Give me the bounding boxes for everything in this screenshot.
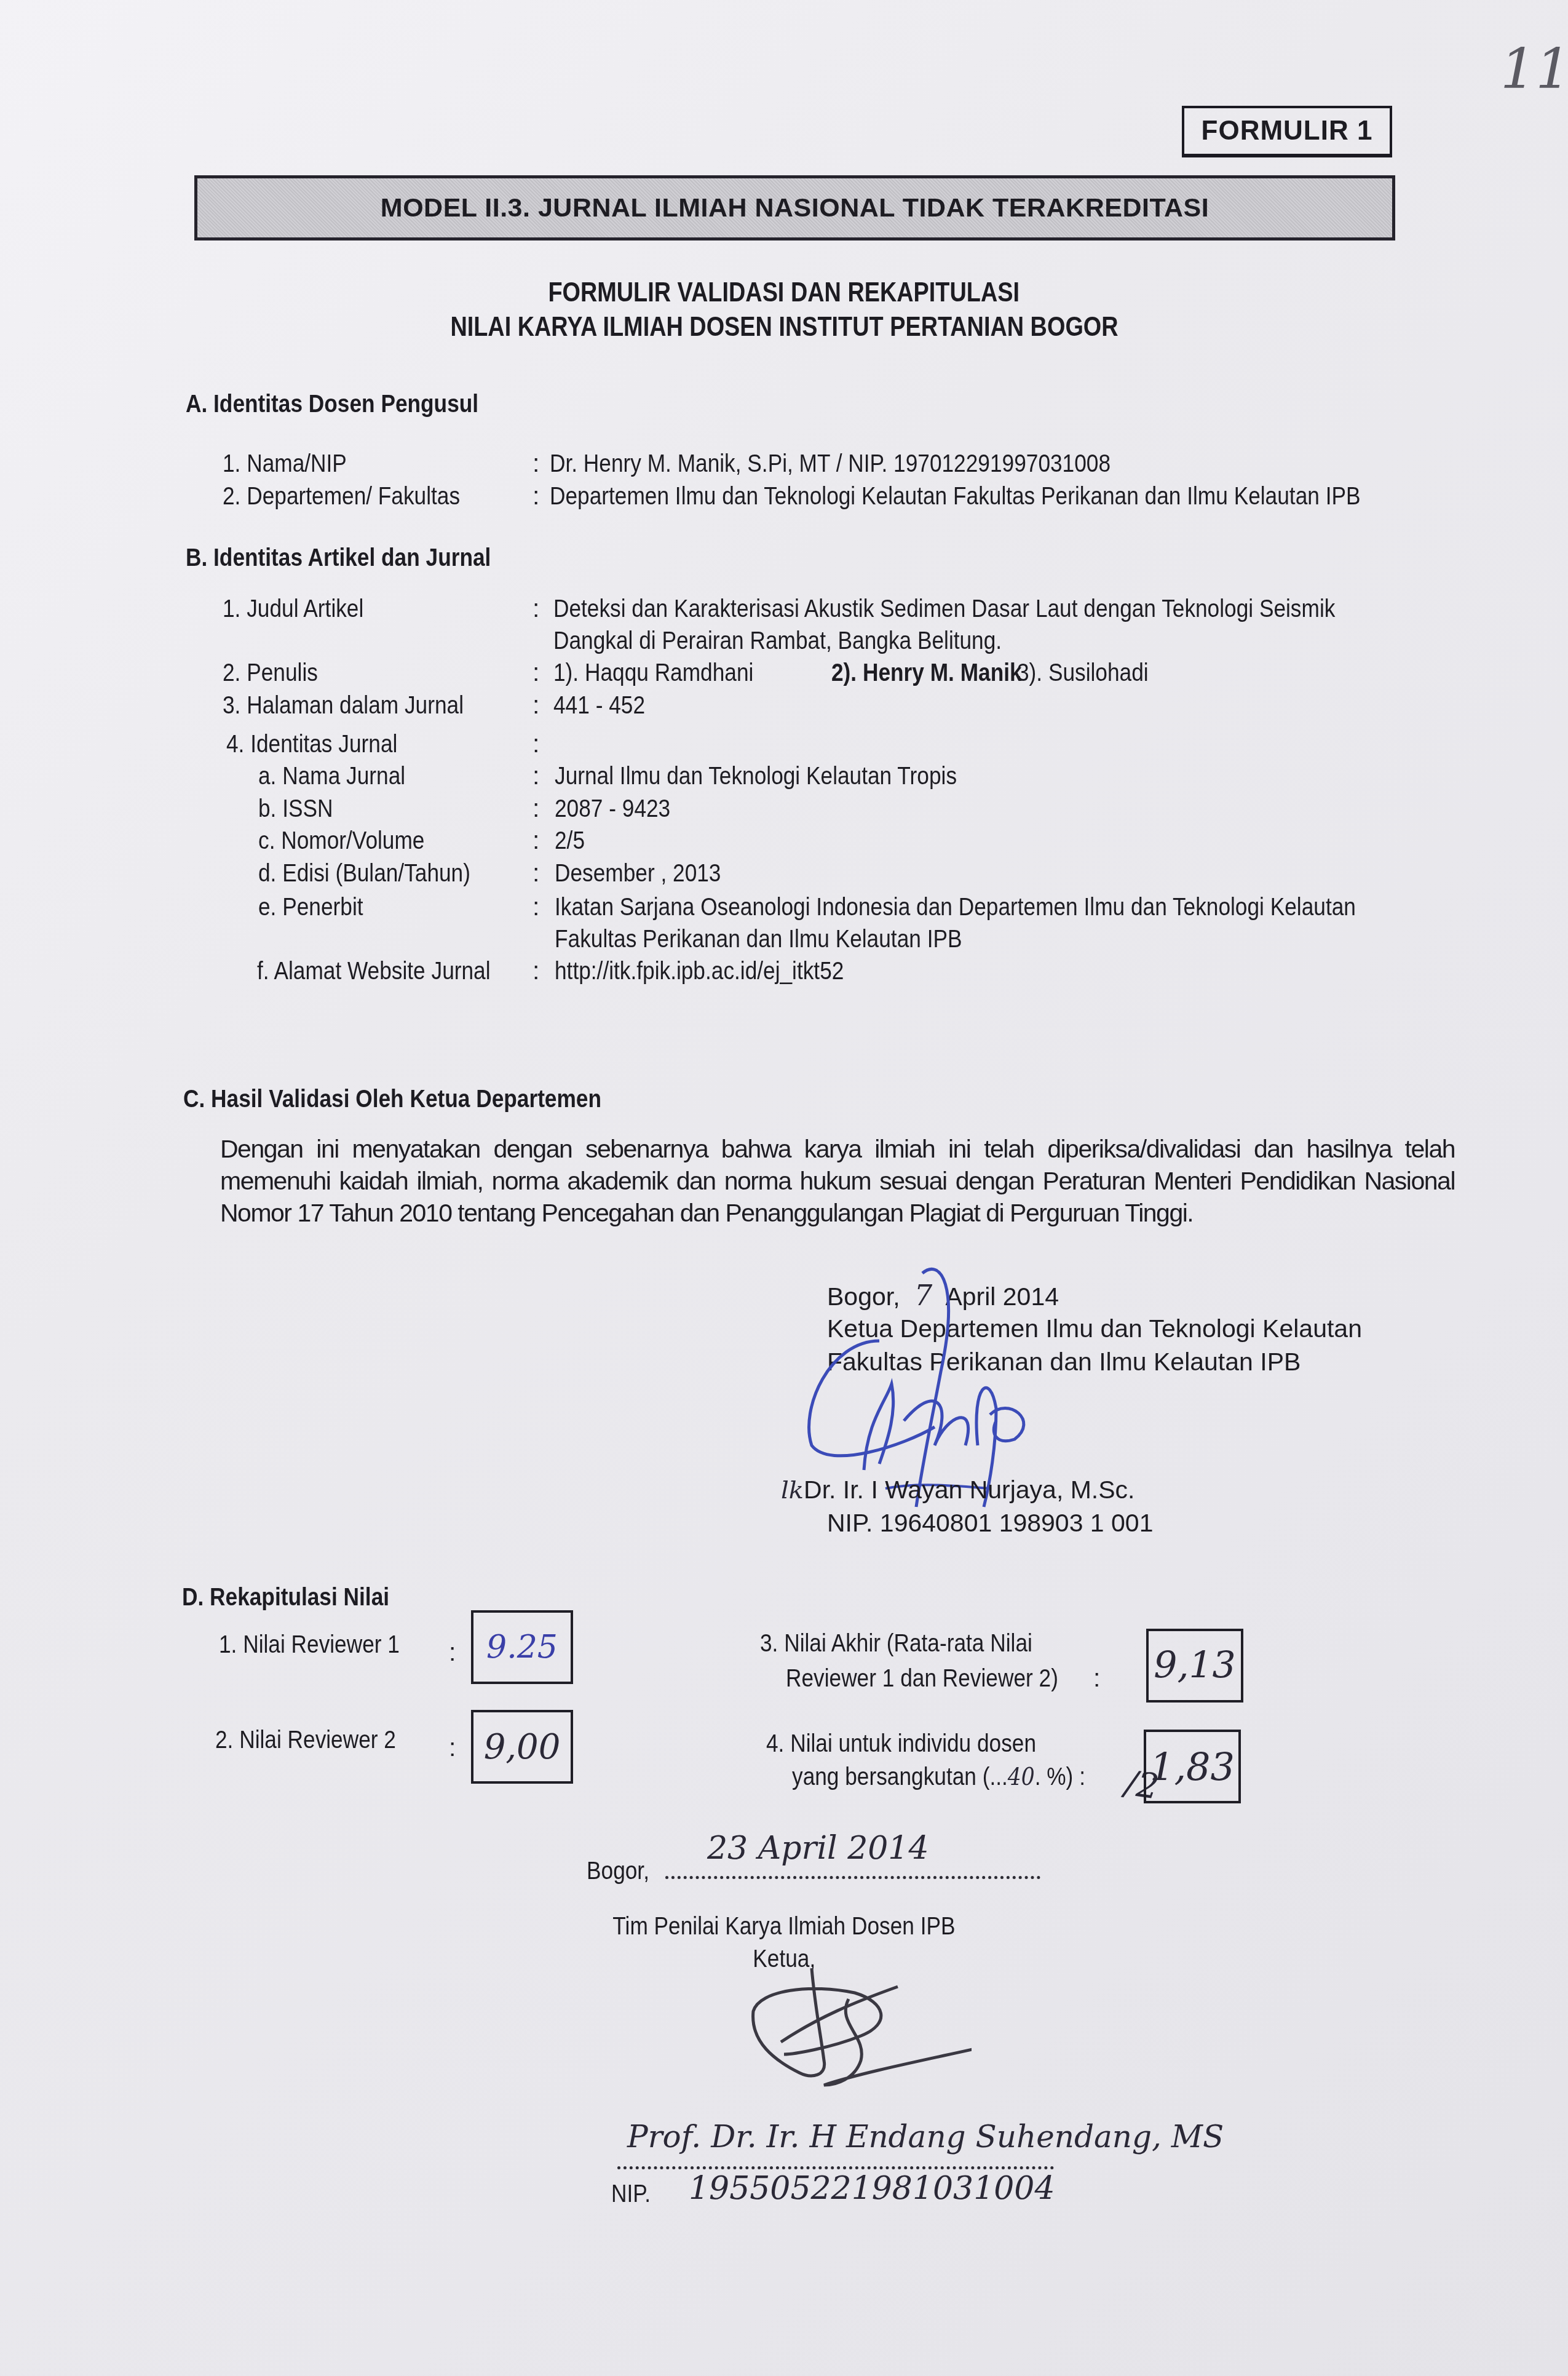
edisi-value: Desember , 2013 — [555, 857, 748, 889]
colon: : — [449, 1636, 456, 1668]
section-b-heading: B. Identitas Artikel dan Jurnal — [186, 541, 540, 573]
judul-value-line1: Deteksi dan Karakterisasi Akustik Sedime… — [553, 592, 1462, 624]
formulir-label: FORMULIR 1 — [1182, 106, 1392, 157]
position-line2: Fakultas Perikanan dan Ilmu Kelautan IPB — [827, 1346, 1301, 1378]
colon: : — [533, 447, 539, 479]
nama-nip-value: Dr. Henry M. Manik, S.Pi, MT / NIP. 1970… — [550, 447, 1202, 479]
reviewer2-label: 2. Nilai Reviewer 2 — [215, 1723, 426, 1755]
author-1: 1). Haqqu Ramdhani — [553, 656, 786, 688]
penerbit-value-line2: Fakultas Perikanan dan Ilmu Kelautan IPB — [555, 923, 1028, 955]
colon: : — [533, 592, 539, 624]
penerbit-value-line1: Ikatan Sarjana Oseanologi Indonesia dan … — [555, 891, 1486, 923]
nilai-akhir-label-line2: Reviewer 1 dan Reviewer 2) — [786, 1662, 1103, 1694]
journal-website-link[interactable]: http://itk.fpik.ipb.ac.id/ej_itkt52 — [555, 955, 891, 987]
paragraph-line: Nomor 17 Tahun 2010 tentang Pencegahan d… — [220, 1197, 1455, 1229]
colon: : — [533, 656, 539, 688]
nilai-individu-label-line1: 4. Nilai untuk individu dosen — [766, 1727, 1080, 1759]
nomor-volume-value: 2/5 — [555, 824, 590, 856]
nilai-individu-label-line2: yang bersangkutan (...40. %) : — [792, 1760, 1133, 1793]
position-line1: Ketua Departemen Ilmu dan Teknologi Kela… — [827, 1313, 1362, 1345]
signer-nip: NIP. 19640801 198903 1 001 — [827, 1507, 1153, 1539]
colon: : — [533, 955, 539, 987]
handwritten-footer-date: 23 April 2014 — [707, 1830, 929, 1867]
reviewer1-label: 1. Nilai Reviewer 1 — [219, 1628, 429, 1660]
model-title: MODEL II.3. JURNAL ILMIAH NASIONAL TIDAK… — [381, 193, 1209, 223]
issn-label: b. ISSN — [258, 792, 345, 824]
colon: : — [533, 689, 539, 721]
judul-label: 1. Judul Artikel — [223, 592, 387, 624]
nama-jurnal-label: a. Nama Jurnal — [258, 760, 429, 792]
date-dotted-line — [665, 1876, 1040, 1879]
nilai-individu-value: 1,83 — [1150, 1744, 1235, 1789]
initials-mark: lk — [781, 1476, 804, 1504]
paragraph-line: memenuhi kaidah ilmiah, norma akademik d… — [220, 1165, 1455, 1197]
nilai-akhir-box[interactable]: 9,13 — [1146, 1629, 1243, 1703]
departemen-value: Departemen Ilmu dan Teknologi Kelautan F… — [550, 480, 1492, 512]
identitas-jurnal-label: 4. Identitas Jurnal — [226, 728, 426, 760]
signer-name: lkDr. Ir. I Wayan Nurjaya, M.Sc. — [781, 1474, 1134, 1506]
colon: : — [449, 1731, 456, 1763]
colon: : — [533, 824, 539, 856]
section-d-heading: D. Rekapitulasi Nilai — [182, 1581, 423, 1613]
halaman-label: 3. Halaman dalam Jurnal — [223, 689, 503, 721]
nilai-individu-box[interactable]: 1,83 — [1144, 1730, 1241, 1803]
reviewer1-score: 9.25 — [486, 1629, 558, 1666]
colon: : — [533, 728, 539, 760]
colon: : — [533, 857, 539, 889]
page-number-mark: 11 — [1500, 37, 1568, 101]
colon: : — [533, 792, 539, 824]
section-a-heading: A. Identitas Dosen Pengusul — [186, 387, 526, 419]
validation-paragraph: Dengan ini menyatakan dengan sebenarnya … — [220, 1133, 1455, 1229]
handwritten-day: 7 — [914, 1279, 932, 1312]
reviewer2-score: 9,00 — [484, 1727, 561, 1767]
nama-nip-label: 1. Nama/NIP — [223, 447, 367, 479]
author-3: 3). Susilohadi — [1017, 656, 1170, 688]
section-c-heading: C. Hasil Validasi Oleh Ketua Departemen — [183, 1083, 670, 1114]
validation-date: Bogor, 7 April 2014 — [827, 1279, 1059, 1313]
nilai-akhir-value: 9,13 — [1154, 1644, 1236, 1687]
departemen-label: 2. Departemen/ Fakultas — [223, 480, 499, 512]
reviewer2-score-box[interactable]: 9,00 — [471, 1710, 573, 1784]
footer-place: Bogor, — [587, 1854, 660, 1886]
colon: : — [533, 760, 539, 792]
penulis-label: 2. Penulis — [223, 656, 333, 688]
edisi-label: d. Edisi (Bulan/Tahun) — [258, 857, 505, 889]
colon: : — [533, 891, 539, 923]
team-role: Ketua, — [0, 1942, 1568, 1974]
colon: : — [533, 480, 539, 512]
paragraph-line: Dengan ini menyatakan dengan sebenarnya … — [220, 1133, 1455, 1165]
form-title-line2: NILAI KARYA ILMIAH DOSEN INSTITUT PERTAN… — [0, 310, 1568, 344]
reviewer1-score-box[interactable]: 9.25 — [471, 1610, 573, 1684]
issn-value: 2087 - 9423 — [555, 792, 689, 824]
penerbit-label: e. Penerbit — [258, 891, 380, 923]
judul-value-line2: Dangkal di Perairan Rambat, Bangka Belit… — [553, 624, 1075, 656]
nama-jurnal-value: Jurnal Ilmu dan Teknologi Kelautan Tropi… — [555, 760, 1022, 792]
halaman-value: 441 - 452 — [553, 689, 660, 721]
name-dotted-line — [617, 2166, 1054, 2169]
handwritten-chair-name: Prof. Dr. Ir. H Endang Suhendang, MS — [627, 2119, 1224, 2155]
nilai-akhir-label-line1: 3. Nilai Akhir (Rata-rata Nilai — [760, 1627, 1077, 1659]
handwritten-percent: 40 — [1008, 1763, 1035, 1791]
handwritten-chair-nip: 195505221981031004 — [689, 2170, 1055, 2207]
colon: : — [1093, 1662, 1100, 1694]
footer-nip-label: NIP. — [611, 2177, 657, 2209]
nomor-volume-label: c. Nomor/Volume — [258, 824, 451, 856]
model-title-bar: MODEL II.3. JURNAL ILMIAH NASIONAL TIDAK… — [194, 175, 1395, 240]
team-title: Tim Penilai Karya Ilmiah Dosen IPB — [0, 1910, 1568, 1942]
form-title-line1: FORMULIR VALIDASI DAN REKAPITULASI — [0, 276, 1568, 310]
website-label: f. Alamat Website Jurnal — [257, 955, 528, 987]
